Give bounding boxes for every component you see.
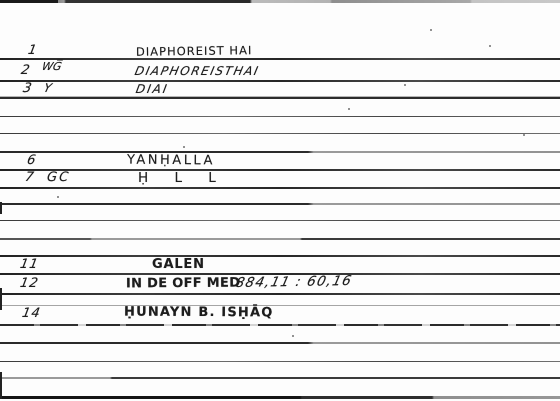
entry-text: IN DE OFF MED — [126, 276, 240, 293]
ruled-line — [0, 255, 560, 257]
ruled-line — [0, 203, 560, 205]
ruled-line — [0, 169, 560, 171]
ruled-line — [0, 220, 560, 221]
scan-speck — [183, 146, 185, 148]
entry-text: DIAPHOREISTHAI — [133, 63, 261, 79]
ruled-line — [0, 187, 560, 189]
ruled-line — [0, 0, 560, 3]
row-number: 7 — [24, 170, 36, 186]
row-number: 1 — [27, 43, 39, 59]
scan-edge-mark — [0, 288, 2, 310]
scan-edge-mark — [0, 372, 2, 399]
ruled-line — [0, 377, 560, 379]
scan-speck — [404, 84, 406, 86]
ruled-line — [0, 342, 560, 344]
scan-speck — [489, 45, 491, 47]
row-annotation: Y — [42, 80, 53, 96]
entry-text: ḤUNAYN B. ISḤĀQ — [124, 305, 274, 322]
scan-speck — [348, 108, 350, 110]
entry-text: Ḥ L L — [138, 170, 217, 186]
row-number: 14 — [21, 306, 42, 322]
index-card: 1DIAPHOREIST HAI2WG̅DIAPHOREISTHAI3YDIAI… — [0, 0, 560, 401]
ruled-line — [0, 151, 560, 153]
entry-text: GALEN — [152, 257, 205, 273]
row-number: 3 — [22, 81, 34, 97]
entry-text: YANḤALLA — [127, 153, 215, 170]
ruled-line — [0, 133, 560, 134]
entry-text: DIAPHOREIST HAI — [136, 42, 253, 60]
row-number: 2 — [20, 63, 32, 79]
ruled-line — [0, 80, 560, 82]
ruled-line — [0, 396, 560, 399]
ruled-line — [0, 293, 560, 295]
ruled-line — [0, 324, 560, 326]
ruled-line — [0, 238, 560, 240]
ruled-line — [0, 305, 560, 306]
row-number: 6 — [26, 153, 38, 169]
row-annotation: GC — [46, 170, 71, 186]
ruled-line — [0, 361, 560, 362]
ruled-line — [0, 116, 560, 117]
reference-number: 884,11 : 60,16 — [234, 273, 354, 291]
ruled-line — [0, 96, 560, 99]
entry-text: DIAI — [135, 81, 170, 97]
scan-edge-mark — [0, 202, 2, 214]
scan-speck — [430, 29, 432, 31]
scan-speck — [292, 335, 294, 337]
row-annotation: WG̅ — [40, 59, 63, 75]
row-number: 11 — [19, 257, 40, 273]
ruled-line — [0, 58, 560, 60]
row-number: 12 — [19, 276, 40, 292]
scan-speck — [57, 196, 59, 198]
scan-speck — [523, 134, 525, 136]
